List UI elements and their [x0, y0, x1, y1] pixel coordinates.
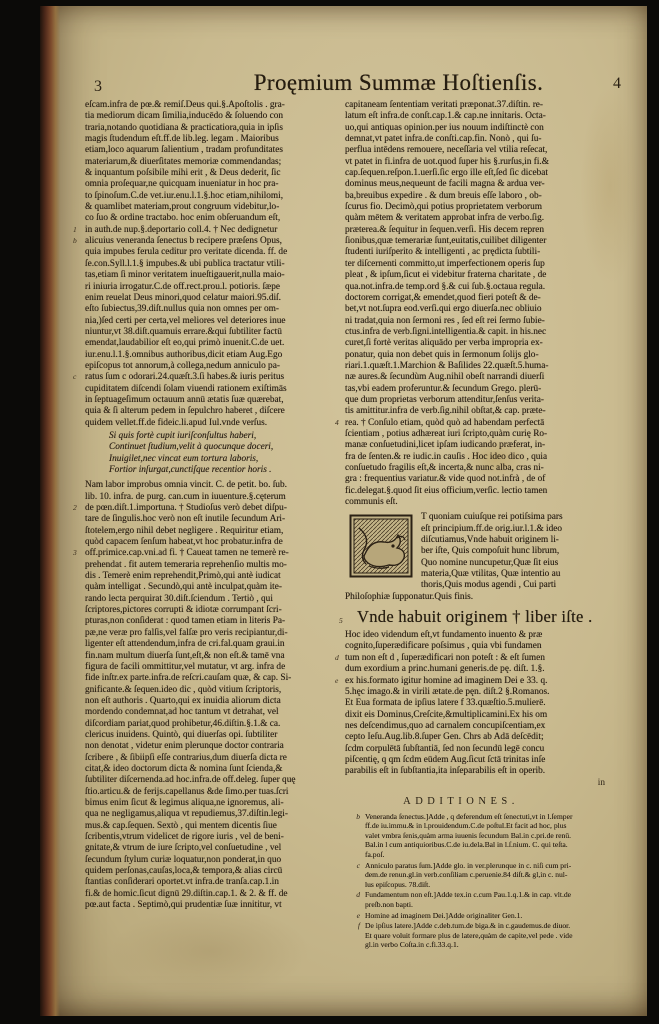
text-line: bimus enim ſicut & legimus aliqua,ne ign… — [85, 798, 345, 809]
text-line: communis eſt. — [345, 497, 613, 508]
text-line: perflua intēdens remouere, neceſſaria ve… — [345, 145, 613, 156]
text-line: in ſeptuageſimum octauum annū ætatis ſuæ… — [85, 395, 345, 406]
margin-mark: 4 — [335, 418, 339, 428]
initial-paragraph-last-line: Philoſophiæ ſupponatur.Quis finis. — [345, 592, 613, 603]
text-line: non eſt authoris . Quarto,qui ex inuidia… — [85, 696, 345, 707]
text-line: quòd capacem ſenſum habeat,vt hoc probat… — [85, 537, 345, 548]
text-line: niuntur,vt 38.diſt.quamuis errare.&qui ſ… — [85, 327, 345, 338]
text-line: gnitate,& vtrum de iure ſcripto,vel conſ… — [85, 843, 345, 854]
text-line: tare de ſingulis.hoc verò non eſt inutil… — [85, 514, 345, 525]
text-line: ber iſte, Quis compoſuit hunc librum, — [421, 546, 613, 557]
text-line: pæ,ne veræ pro falſis,vel falſæ pro veri… — [85, 628, 345, 639]
text-line: quidem vellet.ff.de fideic.li.apud Iul.v… — [85, 418, 345, 429]
text-line: prehendat . fit autem temeraria reprehen… — [85, 560, 345, 571]
text-line: co ſuo & ordine tractabo. hoc enim obſer… — [85, 213, 345, 224]
text-line: dixit eis Dominus,Creſcite,&multiplicami… — [345, 710, 613, 721]
left-text-block-2: 2 3 Nam labor improbus omnia vincit. C. … — [85, 480, 345, 911]
text-line: vt patet in fi.infra de uot.quod ſuper h… — [345, 157, 613, 168]
margin-mark: 1 — [73, 225, 77, 235]
text-line: off.primice.cap.vni.ad fi. † Caueat tame… — [85, 548, 345, 559]
text-line: ſtotelem,ergo nihil debet negligere . Re… — [85, 526, 345, 537]
text-line: ſcribere , & ſibiipſi eſſe contrarius,du… — [85, 753, 345, 764]
scanned-book-page: 3 Proęmium Summæ Hoſtienſis. 4 1 b c eſc… — [0, 0, 659, 1024]
text-line: de pœn.diſt.1.importuna. † Studioſus ver… — [85, 503, 345, 514]
text-line: dem.de renun.gl.in verb.conſiliam c.peru… — [365, 870, 613, 880]
text-line: mus.& cap.ſequen. Sextò , qui mentem dic… — [85, 821, 345, 832]
text-line: pturas,non conſiderat : quod tamen etiam… — [85, 616, 345, 627]
text-line: quàm mētem & veritatem approbat infra de… — [345, 213, 613, 224]
text-line: gl.in verbo Coſta.in c.fi.33.q.1. — [365, 940, 613, 950]
text-line: ff.de iu.immu.& in l.prouidendum.C.de po… — [365, 821, 613, 831]
text-line: parabilis eſt in ſubſtantia,ita inſepara… — [345, 766, 613, 777]
text-line: ſecundum ſtylum curiæ loquatur,non ponde… — [85, 855, 345, 866]
text-line: & quamlibet materiam,prout congruum vide… — [85, 202, 345, 213]
text-line: capitaneam ſententiam veritati præponat.… — [345, 100, 613, 111]
additiones-entry-lines: Fundamentum non eſt.]Adde tex.in c.cum P… — [365, 890, 613, 909]
additiones-list: bVeneranda ſenectus.]Adde , q deferendum… — [345, 812, 613, 950]
text-line: ſcdm corpulētā ſubſtantiā, ſed non ſecun… — [345, 744, 613, 755]
text-line: magis ſtudendum eſt.ff.de lib.leg. legam… — [85, 134, 345, 145]
text-line: uo,qui antiquas opinion.per ius nouum in… — [345, 123, 613, 134]
text-line: omnia proſequar,ne quicquam inueniatur i… — [85, 179, 345, 190]
right-text-block-2: d e Hoc ideo videndum eſt,vt fundamento … — [345, 630, 613, 777]
text-line: cupiditatem diſcendi ſolam viuendi ratio… — [85, 384, 345, 395]
additiones-entry: bVeneranda ſenectus.]Adde , q deferendum… — [351, 812, 613, 860]
section-heading: Vnde habuit originem † liber iſte . — [357, 607, 613, 627]
text-line: ſtudenti iuriſperito & intelligenti , ac… — [345, 247, 613, 258]
text-line: riari.1.quæſt.1.Marchion & Baſilides 22.… — [345, 361, 613, 372]
text-line: Et quare voluit formare plus de latere,q… — [365, 931, 613, 941]
left-text-block-1: 1 b c eſcam.infra de pœ.& remiſ.Deus qui… — [85, 100, 345, 429]
catchword: in — [345, 778, 613, 789]
text-line: ni tradat,quia non ſermoni res , ſed eſt… — [345, 316, 613, 327]
text-line: alicuius veneranda ſenectus b recipere p… — [85, 236, 345, 247]
text-line: Et Eua formata de ipſius latere f 33.quæ… — [345, 698, 613, 709]
text-line: Anniculo paratus ſum.]Adde glo. in ver.p… — [365, 861, 613, 871]
initial-paragraph-lines: T quoniam cuiuſque rei potiſsima parseſt… — [345, 512, 613, 591]
text-line: eſto ſubiectus,39.diſt.nullus quia non o… — [85, 304, 345, 315]
text-line: qua.not.infra.de temp.ord §.& cui ſub.§.… — [345, 282, 613, 293]
text-line: dis . Temerè enim reprehendit,Primò,qui … — [85, 571, 345, 582]
margin-mark: b — [73, 236, 77, 246]
text-line: pleat , & ipſum,ſicut ei videbitur frate… — [345, 270, 613, 281]
text-line: pœ.aut facta . Septimò,qui prudentiæ ſuæ… — [85, 900, 345, 911]
text-line: figura de facili ommittitur,vel mutatur,… — [85, 662, 345, 673]
text-line: fic.delegat.§.quod ſit eius officium,ver… — [345, 486, 613, 497]
text-line: De ipſius latere.]Adde c.deb.tum.de biga… — [365, 921, 613, 931]
additiones-entry-letter: e — [351, 911, 360, 921]
text-line: rea. † Conſulo etiam, quòd quò ad habend… — [345, 418, 613, 429]
text-line: diſcordiam pariat,quod prohibetur,46.diſ… — [85, 719, 345, 730]
text-line: dum exordium a princ.humani generis.de p… — [345, 664, 613, 675]
text-line: tia mediorum dicam ſimilia,inducēdo & ſo… — [85, 111, 345, 122]
page-number-right: 4 — [613, 75, 621, 93]
text-line: Si quis fortè cupit iuriſconſultus haber… — [109, 431, 345, 442]
additiones-entry-lines: Homine ad imaginem Dei.]Adde originalite… — [365, 911, 613, 921]
text-line: quàm intelligat . Secundò,qui antè incul… — [85, 582, 345, 593]
text-line: Veneranda ſenectus.]Adde , q deferendum … — [365, 812, 613, 822]
text-line: ſcurus fio. Decimò,qui potius proprietat… — [345, 202, 613, 213]
text-line: piſcentię, q qm ſcdm eūdem Aug.ſicut ſct… — [345, 755, 613, 766]
text-line: & inquantum poſsibile mihi erit , & Deus… — [85, 168, 345, 179]
text-line: in auth.de nup.§.deportario coll.4. † Ne… — [85, 225, 345, 236]
section-heading-row: 5 Vnde habuit originem † liber iſte . — [345, 607, 613, 627]
text-line: T quoniam cuiuſque rei potiſsima pars — [421, 512, 613, 523]
additiones-entry-lines: Veneranda ſenectus.]Adde , q deferendum … — [365, 812, 613, 860]
text-line: thoris,Quis modus agendi , Cui parti — [421, 580, 613, 591]
text-line: etiam,loco aquarum ſalientium , tradam p… — [85, 145, 345, 156]
initial-paragraph: T quoniam cuiuſque rei potiſsima parseſt… — [345, 512, 613, 603]
text-line: fin.nam multum diuerſa ſunt,eſt,& non eſ… — [85, 651, 345, 662]
margin-mark: d — [335, 653, 339, 663]
text-line: eſt principium.ff.de orig.iur.l.1.& ideo — [421, 524, 613, 535]
right-column: 4 capitaneam ſententiam veritati præpona… — [345, 100, 613, 951]
text-line: ſe.con.Syll.l.1.§ impubes.& ubi publica … — [85, 259, 345, 270]
text-line: tas,vbi eadem proferuntur.& ſecundum Gre… — [345, 384, 613, 395]
text-line: ponatur, quia non debet quis in ſermonum… — [345, 350, 613, 361]
text-line: Continuet ſtudium,velit à quocunque doce… — [109, 442, 345, 453]
text-line: fide inſtr.ex parte.infra.de reſcri.cauſ… — [85, 673, 345, 684]
text-line: ſcientiam , potius adhæreat iuri ſcripto… — [345, 429, 613, 440]
book-page: 3 Proęmium Summæ Hoſtienſis. 4 1 b c eſc… — [40, 6, 647, 1016]
text-line: ſcriptores,pictores corrupti & idiotæ co… — [85, 605, 345, 616]
text-line: Quo nomine nuncupetur,Quæ ſit eius — [421, 558, 613, 569]
text-line: Hoc ideo videndum eſt,vt fundamento inue… — [345, 630, 613, 641]
text-line: cognito,ſuperædificare poſsimus , quia v… — [345, 641, 613, 652]
text-line: lib. 10. infra. de purg. can.cum in iuue… — [85, 492, 345, 503]
text-line: demnat,vt patet infra.de conſti.cap.fin.… — [345, 134, 613, 145]
page-edge-binding — [40, 6, 60, 1016]
text-line: valet vmbra ſenis,quàm arma iuuenis ſecu… — [365, 831, 613, 841]
text-line: dominus meus,nequeunt de facili magna & … — [345, 179, 613, 190]
text-line: emendat,laudabilior eſt eo,qui primò inu… — [85, 338, 345, 349]
text-line: qua ne negligamus,aliqua vt repudiemus,3… — [85, 809, 345, 820]
additiones-entry: dFundamentum non eſt.]Adde tex.in c.cum … — [351, 890, 613, 909]
text-line: rando lecta perquirat 30.diſt.ſciendum .… — [85, 594, 345, 605]
text-line: doctorem corrigat,& emendet,quod fieri p… — [345, 293, 613, 304]
right-text-block-1: 4 capitaneam ſententiam veritati præpona… — [345, 100, 613, 508]
text-line: materiarum,& diuerſitates memoriæ commen… — [85, 157, 345, 168]
text-line: cap.ſequen.reſpon.1.uerſi.ſic ergo ille … — [345, 168, 613, 179]
margin-mark: 5 — [339, 616, 343, 626]
page-title: Proęmium Summæ Hoſtienſis. — [152, 70, 645, 96]
text-line: curet,ſi fortè veritas aliquādo per verb… — [345, 338, 613, 349]
additiones-entry-letter: b — [351, 812, 360, 860]
text-line: tum non eſt d , ſuperædificari non poteſ… — [345, 653, 613, 664]
text-line: tis amittitur.infra de verb.ſig.nihil ob… — [345, 406, 613, 417]
text-line: ligenter eſt attendendum,infra de cri.fa… — [85, 639, 345, 650]
text-line: fa.poſ. — [365, 850, 613, 860]
text-line: conſuetudo fragilis eſt,& incerta,& nunc… — [345, 463, 613, 474]
text-line: epiſcopus tot annorum,à collega,nedum an… — [85, 361, 345, 372]
text-line: preſb.non bapti. — [365, 900, 613, 910]
text-line: ratus ſum c odorari.24.quæſt.3.ſi habes.… — [85, 372, 345, 383]
additiones-entry: eHomine ad imaginem Dei.]Adde originalit… — [351, 911, 613, 921]
text-line: manæ conſuetudini,licet ipſam iudicando … — [345, 440, 613, 451]
text-line: mordendo condemnat,ad hoc tantum vt detr… — [85, 707, 345, 718]
text-line: quia & ſi alterum pedem in ſepulchro hab… — [85, 406, 345, 417]
additiones-heading: ADDITIONES. — [345, 796, 577, 807]
margin-mark: c — [73, 372, 76, 382]
text-line: fi.& de homic.ſicut dignū 29.diſtin.cap.… — [85, 889, 345, 900]
text-line: cepto Ieſu.Aug.lib.8.ſuper Gen. Chrs ab … — [345, 732, 613, 743]
additiones-entry-letter: f — [351, 921, 360, 950]
text-line: Fundamentum non eſt.]Adde tex.in c.cum P… — [365, 890, 613, 900]
text-line: ri iniuria irrogatur.C.de off.rect.prou.… — [85, 282, 345, 293]
text-line: que dum proprietas verborum attenditur,ſ… — [345, 395, 613, 406]
text-line: eſcam.infra de pœ.& remiſ.Deus qui.§.Apo… — [85, 100, 345, 111]
text-line: 5.hęc imago.& in virili ætate.de pęn. di… — [345, 687, 613, 698]
left-column: 1 b c eſcam.infra de pœ.& remiſ.Deus qui… — [85, 100, 345, 911]
text-line: to ſpinoſum.C.de vet.iur.enu.l.1.§.hoc e… — [85, 191, 345, 202]
additiones-entry: fDe ipſius latere.]Adde c.deb.tum.de big… — [351, 921, 613, 950]
margin-mark: e — [335, 676, 338, 686]
margin-mark: 3 — [73, 548, 77, 558]
page-number-left: 3 — [94, 78, 102, 96]
text-line: Fortior inſurgat,cunctiſque recentior ho… — [109, 465, 345, 476]
text-line: lus epiſcopus. 78.diſt. — [365, 880, 613, 890]
text-line: næ aures.& ſecundùm Aug.nihil obeſt narr… — [345, 372, 613, 383]
text-line: citat,& ideo doctorum dicta & nomina ſun… — [85, 764, 345, 775]
text-line: gra : frequentius variatur.& vide quod n… — [345, 474, 613, 485]
additiones-entry-letter: d — [351, 890, 360, 909]
text-line: enim reuelat Deus minori,quod celatur ma… — [85, 293, 345, 304]
text-line: Bal.in l cum antiquioribus.C.de iu.dela.… — [365, 840, 613, 850]
text-line: tas,etiam ſi minor veritatem inueſtigaue… — [85, 270, 345, 281]
text-line: traria,notando quotidiana & practicatior… — [85, 123, 345, 134]
paper-stain — [110, 906, 310, 996]
additiones-entry: cAnniculo paratus ſum.]Adde glo. in ver.… — [351, 861, 613, 890]
verse-block: Si quis fortè cupit iuriſconſultus haber… — [109, 431, 345, 476]
text-line: nes deſcendimus,quo ad carnalem concupiſ… — [345, 721, 613, 732]
text-line: iur.enu.l.1.§.omnibus authoribus,dicit e… — [85, 350, 345, 361]
additiones-entry-lines: Anniculo paratus ſum.]Adde glo. in ver.p… — [365, 861, 613, 890]
text-line: Homine ad imaginem Dei.]Adde originalite… — [365, 911, 613, 921]
text-line: latum eſt infra.de conſt.cap.1.& cap.ne … — [345, 111, 613, 122]
text-line: ſionibus,quæ temerariæ ſunt,euitatis,cui… — [345, 236, 613, 247]
text-line: quia impubes ferula ceditur pro veritate… — [85, 247, 345, 258]
text-line: quidem perſonas,cauſas,loca,& tempora,& … — [85, 866, 345, 877]
text-line: bet,vt not.ſupra eod.verſi.qui ergo diue… — [345, 304, 613, 315]
text-line: clericus inuidens. Quintò, qui diuerſas … — [85, 730, 345, 741]
text-line: præterea.& ſequitur in ſequen.verſi. His… — [345, 225, 613, 236]
text-line: diſcutiamus,Vnde habuit originem li- — [421, 535, 613, 546]
text-line: ſcribentis,vtrum videlicet de rigore iur… — [85, 832, 345, 843]
text-line: ex his.formato igitur homine ad imaginem… — [345, 676, 613, 687]
text-line: Inuigilet,nec vincat eum tortura laboris… — [109, 454, 345, 465]
text-line: non denotat , videtur enim plerunque doc… — [85, 741, 345, 752]
text-line: nia,)ſed certi per certa,vel meliores ve… — [85, 316, 345, 327]
text-line: ſtio.articu.& de ferijs.capellanus &de ſ… — [85, 787, 345, 798]
margin-mark: 2 — [73, 503, 77, 513]
text-line: fra de ſenten.& re iudic.in cauſis . Hoc… — [345, 452, 613, 463]
text-line: ter diſcernenti committo,ut imperfection… — [345, 259, 613, 270]
additiones-entry-lines: De ipſius latere.]Adde c.deb.tum.de biga… — [365, 921, 613, 950]
text-line: ſtantias conſiderari oportet.vt infra.de… — [85, 877, 345, 888]
additiones-entry-letter: c — [351, 861, 360, 890]
text-line: gnificante.& ſequen.ideo dic , quòd viti… — [85, 685, 345, 696]
text-line: ctus.infra de verb.ſigni.intelligentia.&… — [345, 327, 613, 338]
text-line: ſubtiliter diſcernenda.ad hoc.infra.de o… — [85, 775, 345, 786]
text-line: Nam labor improbus omnia vincit. C. de p… — [85, 480, 345, 491]
text-line: ba,breuibus expedire . & dum breuis eſſe… — [345, 191, 613, 202]
text-line: materia,Quæ vtilitas, Quæ intentio au — [421, 569, 613, 580]
